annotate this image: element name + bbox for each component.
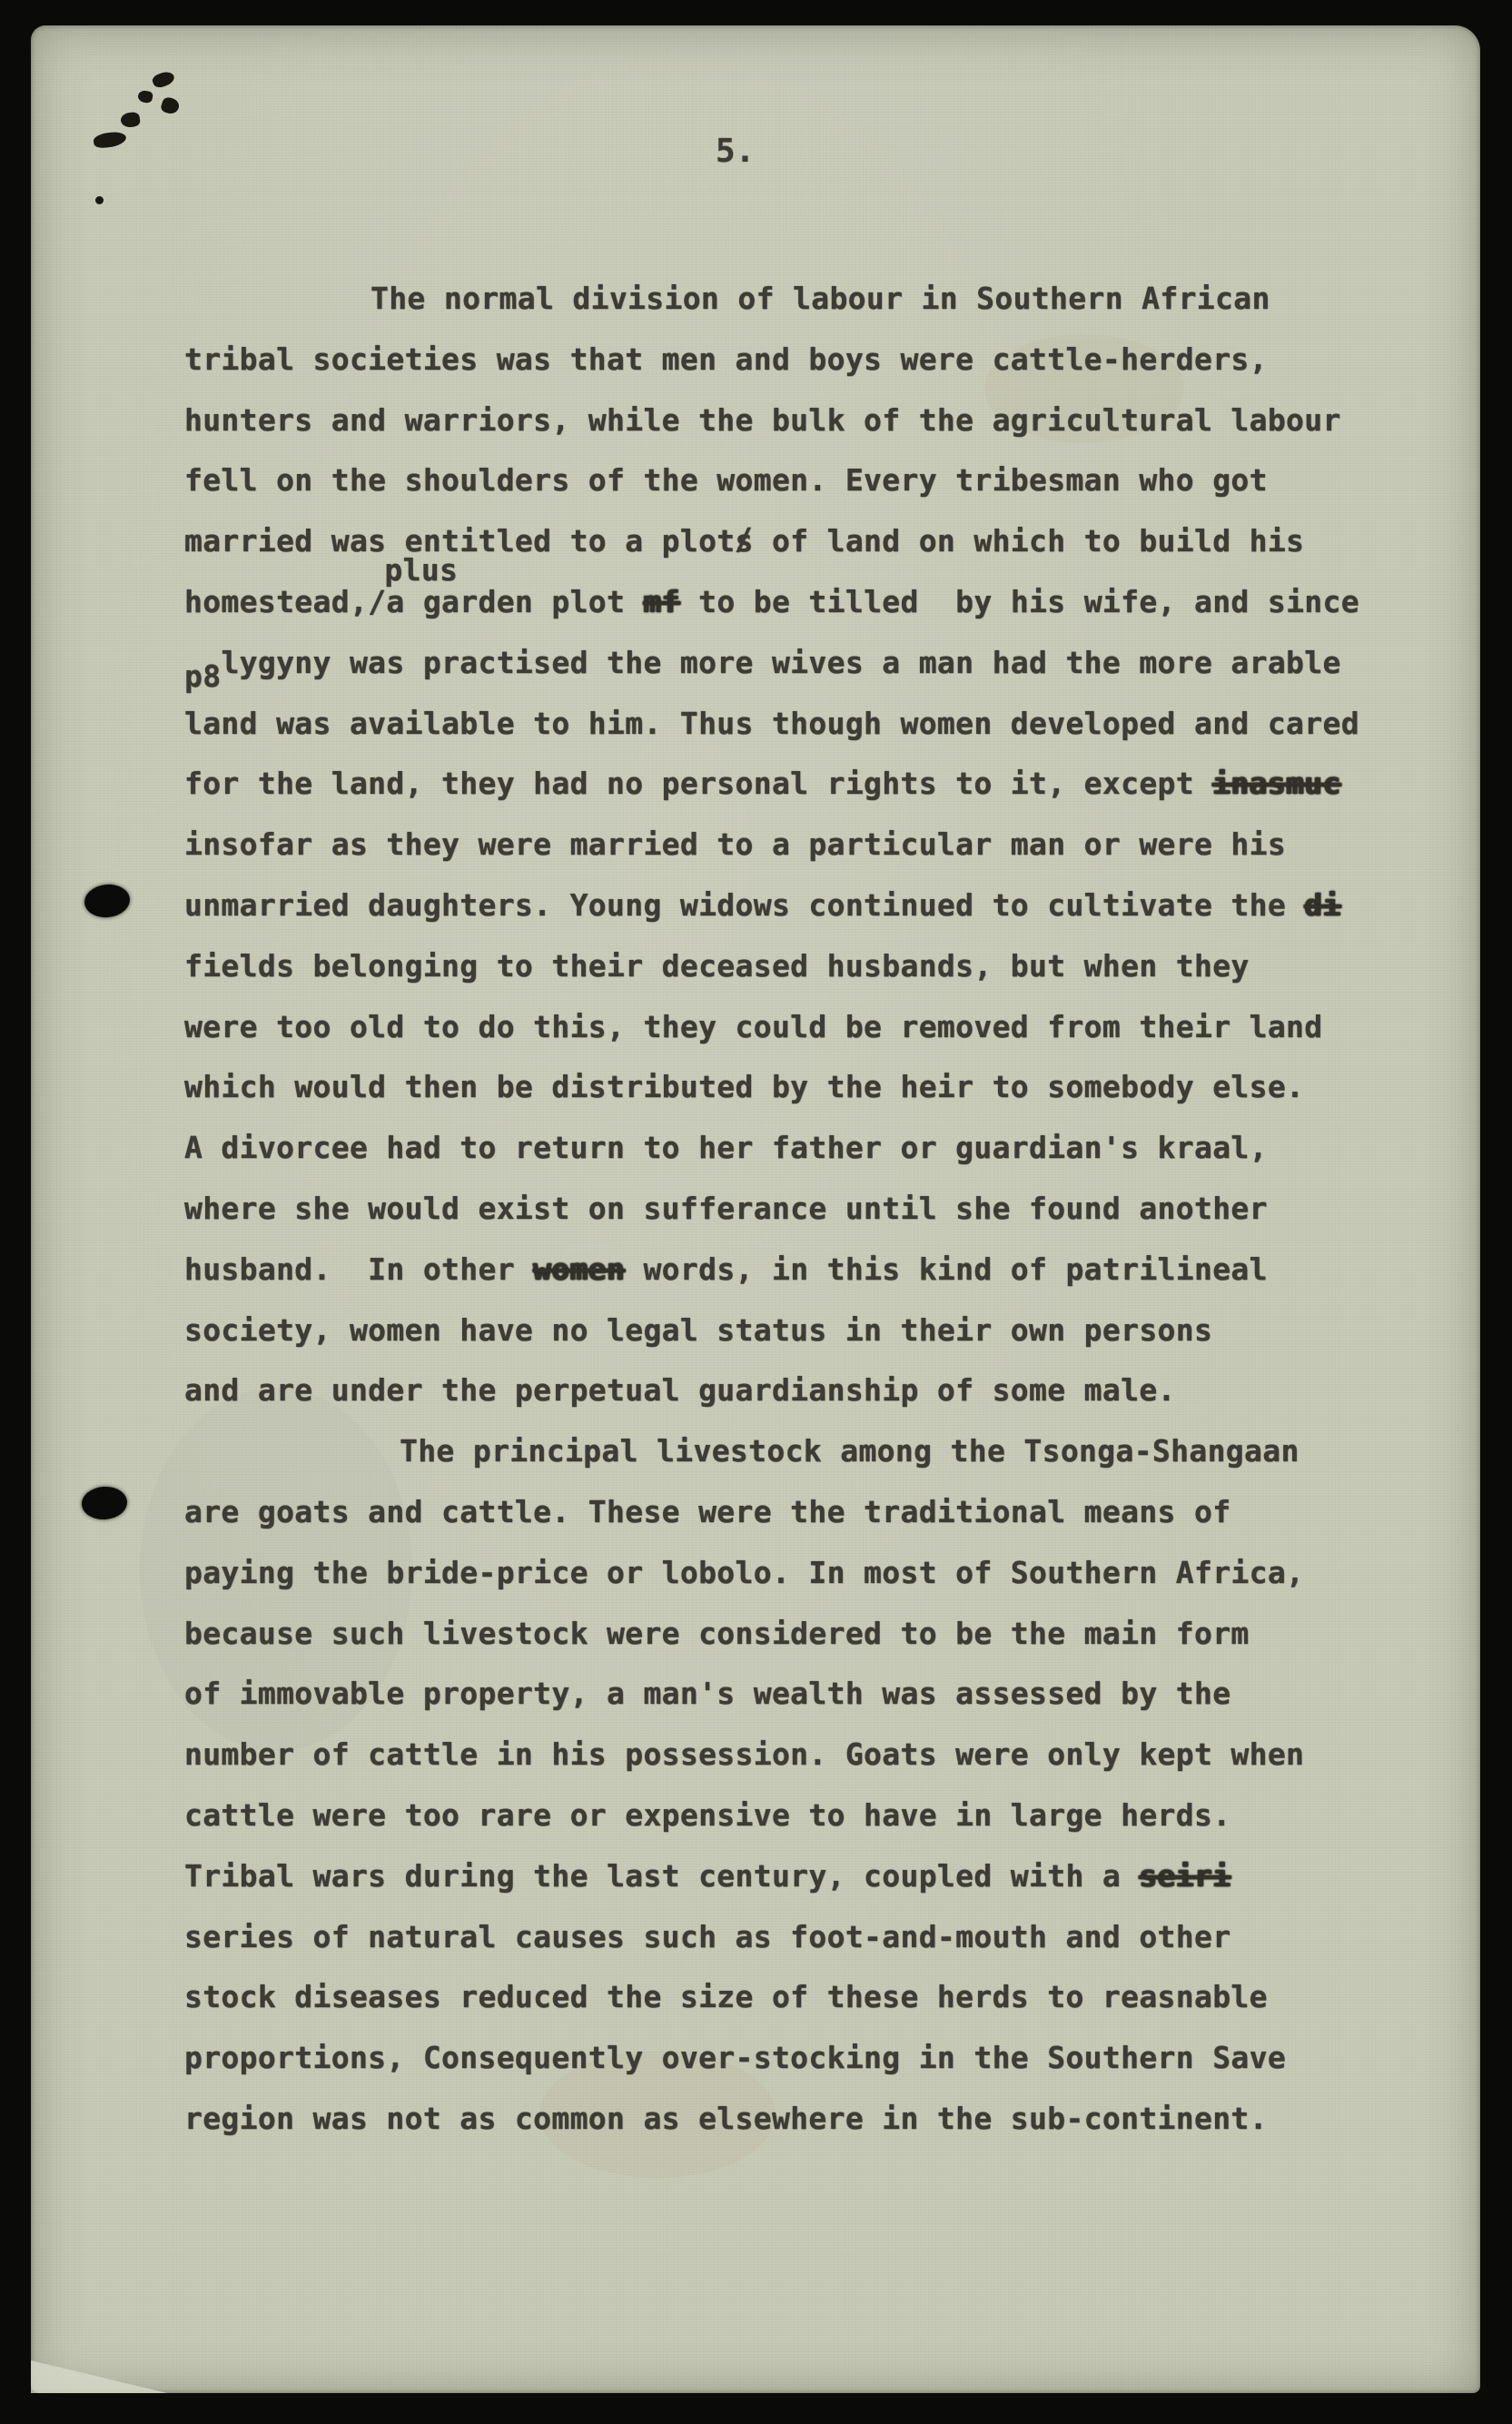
text-segment: proportions, Consequently over-stocking … — [184, 2040, 1286, 2075]
text-segment: paying the bride-price or lobolo. In mos… — [184, 1555, 1304, 1590]
text-segment: homestead,/ — [184, 584, 386, 619]
text-segment: which would then be distributed by the h… — [184, 1069, 1304, 1104]
text-line: paying the bride-price or lobolo. In mos… — [184, 1543, 1392, 1604]
text-line: cattle were too rare or expensive to hav… — [184, 1786, 1392, 1846]
text-line: married was entitled to a plots/ of land… — [184, 511, 1392, 572]
text-line: for the land, they had no personal right… — [184, 754, 1392, 815]
text-line: series of natural causes such as foot-an… — [184, 1907, 1392, 1968]
text-segment: husband. In other — [184, 1252, 533, 1287]
text-line: insofar as they were married to a partic… — [184, 815, 1392, 876]
text-segment: fields belonging to their deceased husba… — [184, 948, 1250, 984]
text-line: A divorcee had to return to her father o… — [184, 1118, 1392, 1179]
text-segment: because such livestock were considered t… — [184, 1616, 1250, 1651]
text-line: homestead,/plusa garden plot mf to be ti… — [184, 572, 1392, 633]
text-segment-drop: p8 — [184, 647, 221, 707]
scan-background: 5. The normal division of labour in Sout… — [0, 0, 1512, 2424]
text-segment: for the land, they had no personal right… — [184, 766, 1212, 801]
text-line: p8lygyny was practised the more wives a … — [184, 633, 1392, 694]
text-line: proportions, Consequently over-stocking … — [184, 2028, 1392, 2089]
text-line: because such livestock were considered t… — [184, 1604, 1392, 1665]
text-line: husband. In other women words, in this k… — [184, 1240, 1392, 1301]
text-segment: cattle were too rare or expensive to hav… — [184, 1797, 1230, 1833]
text-segment-strike: women — [533, 1252, 625, 1287]
text-line: The principal livestock among the Tsonga… — [184, 1421, 1392, 1482]
text-segment: married was entitled to a plot — [184, 523, 736, 559]
text-segment: insofar as they were married to a partic… — [184, 826, 1286, 862]
text-segment: and are under the perpetual guardianship… — [184, 1372, 1176, 1408]
text-line: society, women have no legal status in t… — [184, 1301, 1392, 1361]
text-line: fields belonging to their deceased husba… — [184, 936, 1392, 997]
text-segment: are goats and cattle. These were the tra… — [184, 1494, 1230, 1529]
text-segment: of immovable property, a man's wealth wa… — [184, 1676, 1230, 1711]
text-segment: number of cattle in his possession. Goat… — [184, 1736, 1304, 1772]
text-line: are goats and cattle. These were the tra… — [184, 1482, 1392, 1543]
text-line: tribal societies was that men and boys w… — [184, 330, 1392, 391]
folded-corner — [31, 2352, 167, 2393]
text-segment: stock diseases reduced the size of these… — [184, 1979, 1268, 2014]
text-block: The normal division of labour in Souther… — [184, 269, 1392, 2150]
text-line: where she would exist on sufferance unti… — [184, 1179, 1392, 1240]
text-segment: fell on the shoulders of the women. Ever… — [184, 462, 1268, 498]
text-segment: hunters and warriors, while the bulk of … — [184, 402, 1341, 438]
text-line: The normal division of labour in Souther… — [184, 269, 1392, 330]
text-line: number of cattle in his possession. Goat… — [184, 1725, 1392, 1786]
text-line: unmarried daughters. Young widows contin… — [184, 876, 1392, 936]
text-segment-strike: inasmuc — [1212, 766, 1341, 801]
text-segment: land was available to him. Thus though w… — [184, 706, 1359, 741]
text-line: and are under the perpetual guardianship… — [184, 1360, 1392, 1421]
text-segment-strike: mf — [643, 584, 679, 619]
text-line: land was available to him. Thus though w… — [184, 694, 1392, 755]
text-segment: unmarried daughters. Young widows contin… — [184, 887, 1304, 923]
text-segment: lygyny was practised the more wives a ma… — [221, 645, 1340, 680]
text-line: region was not as common as elsewhere in… — [184, 2089, 1392, 2150]
text-line: of immovable property, a man's wealth wa… — [184, 1664, 1392, 1725]
text-segment: A divorcee had to return to her father o… — [184, 1130, 1268, 1165]
text-segment: series of natural causes such as foot-an… — [184, 1919, 1230, 1954]
text-segment: The normal division of labour in Souther… — [371, 281, 1270, 316]
text-segment-strike: di — [1304, 887, 1340, 923]
text-segment: Tribal wars during the last century, cou… — [184, 1858, 1139, 1894]
text-segment: were too old to do this, they could be r… — [184, 1009, 1323, 1044]
text-line: were too old to do this, they could be r… — [184, 997, 1392, 1058]
text-segment: where she would exist on sufferance unti… — [184, 1191, 1268, 1226]
page-number: 5. — [716, 133, 755, 170]
text-segment: tribal societies was that men and boys w… — [184, 341, 1268, 377]
text-line: Tribal wars during the last century, cou… — [184, 1846, 1392, 1907]
text-segment: society, women have no legal status in t… — [184, 1312, 1212, 1348]
text-segment: a garden plot — [386, 584, 643, 619]
text-line: stock diseases reduced the size of these… — [184, 1967, 1392, 2028]
text-segment: The principal livestock among the Tsonga… — [400, 1433, 1300, 1469]
text-segment: words, in this kind of patrilineal — [625, 1252, 1268, 1287]
text-segment: of land on which to build his — [754, 523, 1305, 559]
text-line: hunters and warriors, while the bulk of … — [184, 391, 1392, 451]
text-segment: to be tilled by his wife, and since — [680, 584, 1359, 619]
text-segment: region was not as common as elsewhere in… — [184, 2101, 1268, 2136]
text-line: fell on the shoulders of the women. Ever… — [184, 450, 1392, 511]
text-line: which would then be distributed by the h… — [184, 1057, 1392, 1118]
text-segment-strike: seiri — [1139, 1858, 1230, 1894]
